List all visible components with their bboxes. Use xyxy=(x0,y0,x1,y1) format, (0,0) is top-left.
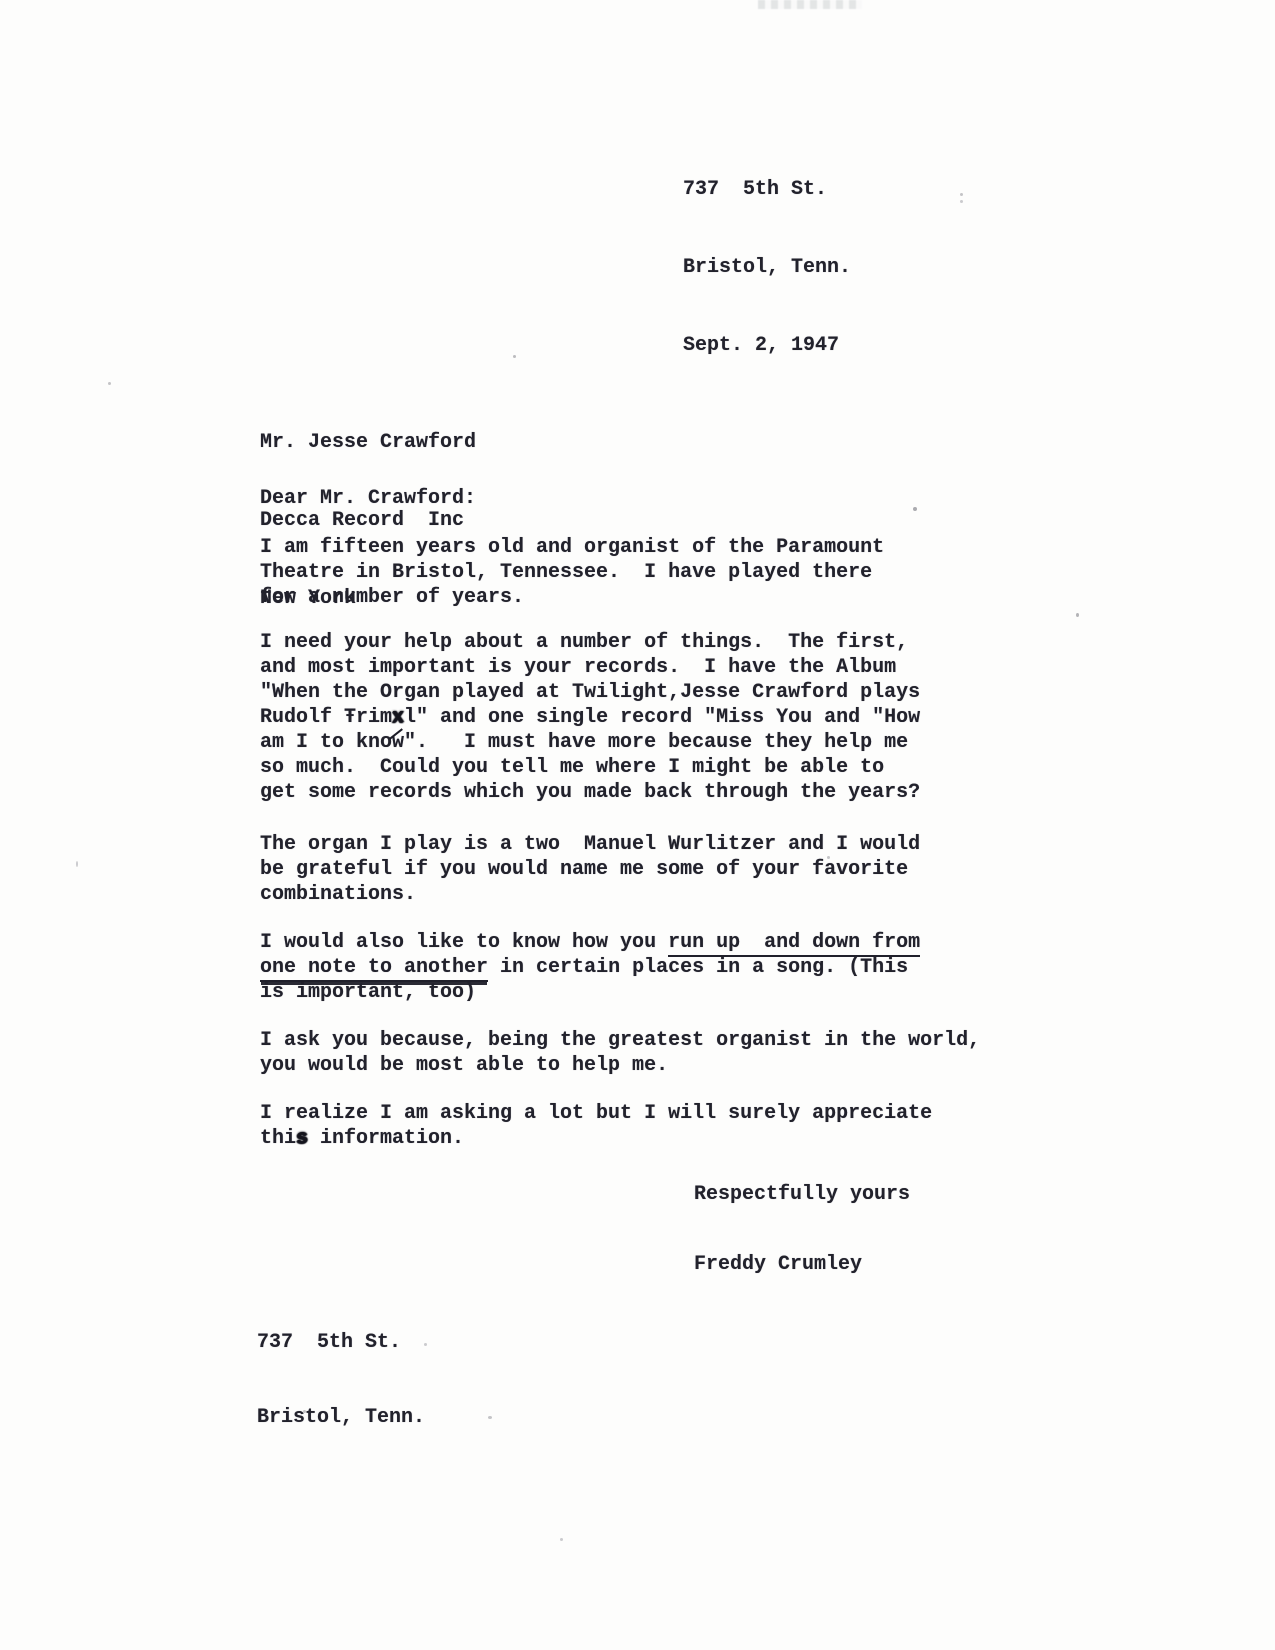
scan-speck xyxy=(560,1538,563,1541)
paragraph-runs-text-1: I would also like to know how you xyxy=(260,931,668,954)
paragraph-ask: I ask you because, being the greatest or… xyxy=(260,1028,980,1078)
sender-footer-city: Bristol, Tenn. xyxy=(257,1405,425,1430)
scan-speck xyxy=(838,941,841,944)
letter-date: Sept. 2, 1947 xyxy=(683,333,851,359)
scan-speck xyxy=(488,1416,492,1419)
sender-street: 737 5th St. xyxy=(683,177,851,203)
scan-speck xyxy=(303,1410,306,1413)
sender-city: Bristol, Tenn. xyxy=(683,255,851,281)
sender-footer-street: 737 5th St. xyxy=(257,1330,425,1355)
paragraph-runs: I would also like to know how you run up… xyxy=(260,930,920,1005)
scan-speck xyxy=(960,193,963,196)
paragraph-realize: I realize I am asking a lot but I will s… xyxy=(260,1101,932,1151)
scan-speck xyxy=(827,856,830,859)
paragraph-records: I need your help about a number of thing… xyxy=(260,630,920,805)
scan-speck xyxy=(1076,613,1079,617)
recipient-name: Mr. Jesse Crawford xyxy=(260,430,476,456)
paragraph-realize-text-2: information. xyxy=(308,1127,464,1150)
blotted-letter: s xyxy=(296,1127,308,1150)
underlined-phrase-2: one note to another xyxy=(260,956,488,982)
signature: Freddy Crumley xyxy=(694,1252,862,1277)
scan-speck xyxy=(424,1343,427,1346)
scan-speck xyxy=(913,507,917,511)
salutation: Dear Mr. Crawford: xyxy=(260,486,476,511)
paragraph-organ: The organ I play is a two Manuel Wurlitz… xyxy=(260,832,920,907)
scan-speck xyxy=(108,382,111,385)
letter-page: 737 5th St. Bristol, Tenn. Sept. 2, 1947… xyxy=(0,0,1275,1650)
sender-address-block: 737 5th St. Bristol, Tenn. Sept. 2, 1947 xyxy=(683,125,851,411)
sender-footer-block: 737 5th St. Bristol, Tenn. xyxy=(257,1280,425,1480)
scan-speck xyxy=(76,861,78,867)
closing: Respectfully yours xyxy=(694,1182,910,1207)
recipient-company: Decca Record Inc xyxy=(260,508,476,534)
scan-smudge xyxy=(758,0,862,9)
scan-speck xyxy=(960,200,963,203)
paragraph-intro: I am fifteen years old and organist of t… xyxy=(260,535,884,610)
recipient-block: Mr. Jesse Crawford Decca Record Inc New … xyxy=(260,378,476,664)
underlined-phrase-1: run up and down from xyxy=(668,931,920,957)
overstruck-letter: x xyxy=(392,706,404,729)
scan-speck xyxy=(513,355,516,358)
